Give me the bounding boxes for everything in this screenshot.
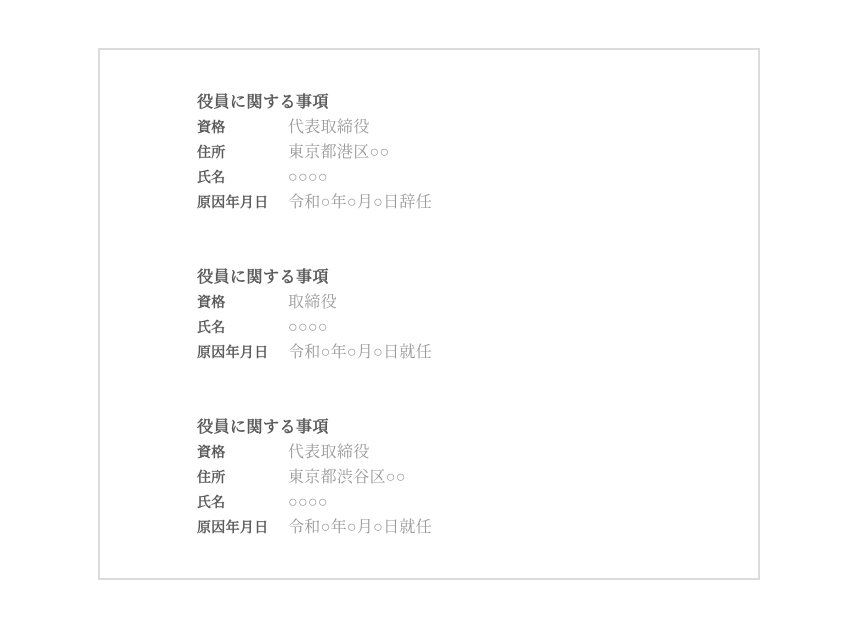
document-frame: 役員に関する事項 資格 代表取締役 住所 東京都港区○○ 氏名 ○○○○ 原因年… xyxy=(98,48,760,580)
field-label: 住所 xyxy=(197,465,288,490)
field-value: ○○○○ xyxy=(288,315,328,340)
field-value: 取締役 xyxy=(288,290,337,315)
field-label: 氏名 xyxy=(197,165,288,190)
officer-section-3: 役員に関する事項 資格 代表取締役 住所 東京都渋谷区○○ 氏名 ○○○○ 原因… xyxy=(197,415,432,540)
field-value: 令和○年○月○日就任 xyxy=(288,515,432,540)
field-value: ○○○○ xyxy=(288,490,328,515)
section-title: 役員に関する事項 xyxy=(197,265,432,290)
field-label: 氏名 xyxy=(197,315,288,340)
field-label: 原因年月日 xyxy=(197,515,288,540)
field-row-name: 氏名 ○○○○ xyxy=(197,315,432,340)
field-label: 氏名 xyxy=(197,490,288,515)
officer-section-1: 役員に関する事項 資格 代表取締役 住所 東京都港区○○ 氏名 ○○○○ 原因年… xyxy=(197,90,432,215)
field-row-qualification: 資格 代表取締役 xyxy=(197,115,432,140)
field-value: 代表取締役 xyxy=(288,440,370,465)
section-title: 役員に関する事項 xyxy=(197,90,432,115)
field-row-address: 住所 東京都渋谷区○○ xyxy=(197,465,432,490)
officer-section-2: 役員に関する事項 資格 取締役 氏名 ○○○○ 原因年月日 令和○年○月○日就任 xyxy=(197,265,432,365)
field-row-name: 氏名 ○○○○ xyxy=(197,490,432,515)
page-background: 役員に関する事項 資格 代表取締役 住所 東京都港区○○ 氏名 ○○○○ 原因年… xyxy=(0,0,860,630)
field-row-cause-date: 原因年月日 令和○年○月○日就任 xyxy=(197,340,432,365)
field-value: 代表取締役 xyxy=(288,115,370,140)
field-label: 住所 xyxy=(197,140,288,165)
field-label: 原因年月日 xyxy=(197,190,288,215)
field-value: 令和○年○月○日就任 xyxy=(288,340,432,365)
field-value: ○○○○ xyxy=(288,165,328,190)
field-row-cause-date: 原因年月日 令和○年○月○日就任 xyxy=(197,515,432,540)
field-label: 資格 xyxy=(197,115,288,140)
field-row-address: 住所 東京都港区○○ xyxy=(197,140,432,165)
section-title: 役員に関する事項 xyxy=(197,415,432,440)
field-row-qualification: 資格 取締役 xyxy=(197,290,432,315)
field-value: 令和○年○月○日辞任 xyxy=(288,190,432,215)
field-label: 原因年月日 xyxy=(197,340,288,365)
field-row-name: 氏名 ○○○○ xyxy=(197,165,432,190)
field-value: 東京都渋谷区○○ xyxy=(288,465,406,490)
field-value: 東京都港区○○ xyxy=(288,140,389,165)
document-content: 役員に関する事項 資格 代表取締役 住所 東京都港区○○ 氏名 ○○○○ 原因年… xyxy=(197,90,432,540)
field-label: 資格 xyxy=(197,440,288,465)
field-row-qualification: 資格 代表取締役 xyxy=(197,440,432,465)
field-label: 資格 xyxy=(197,290,288,315)
field-row-cause-date: 原因年月日 令和○年○月○日辞任 xyxy=(197,190,432,215)
